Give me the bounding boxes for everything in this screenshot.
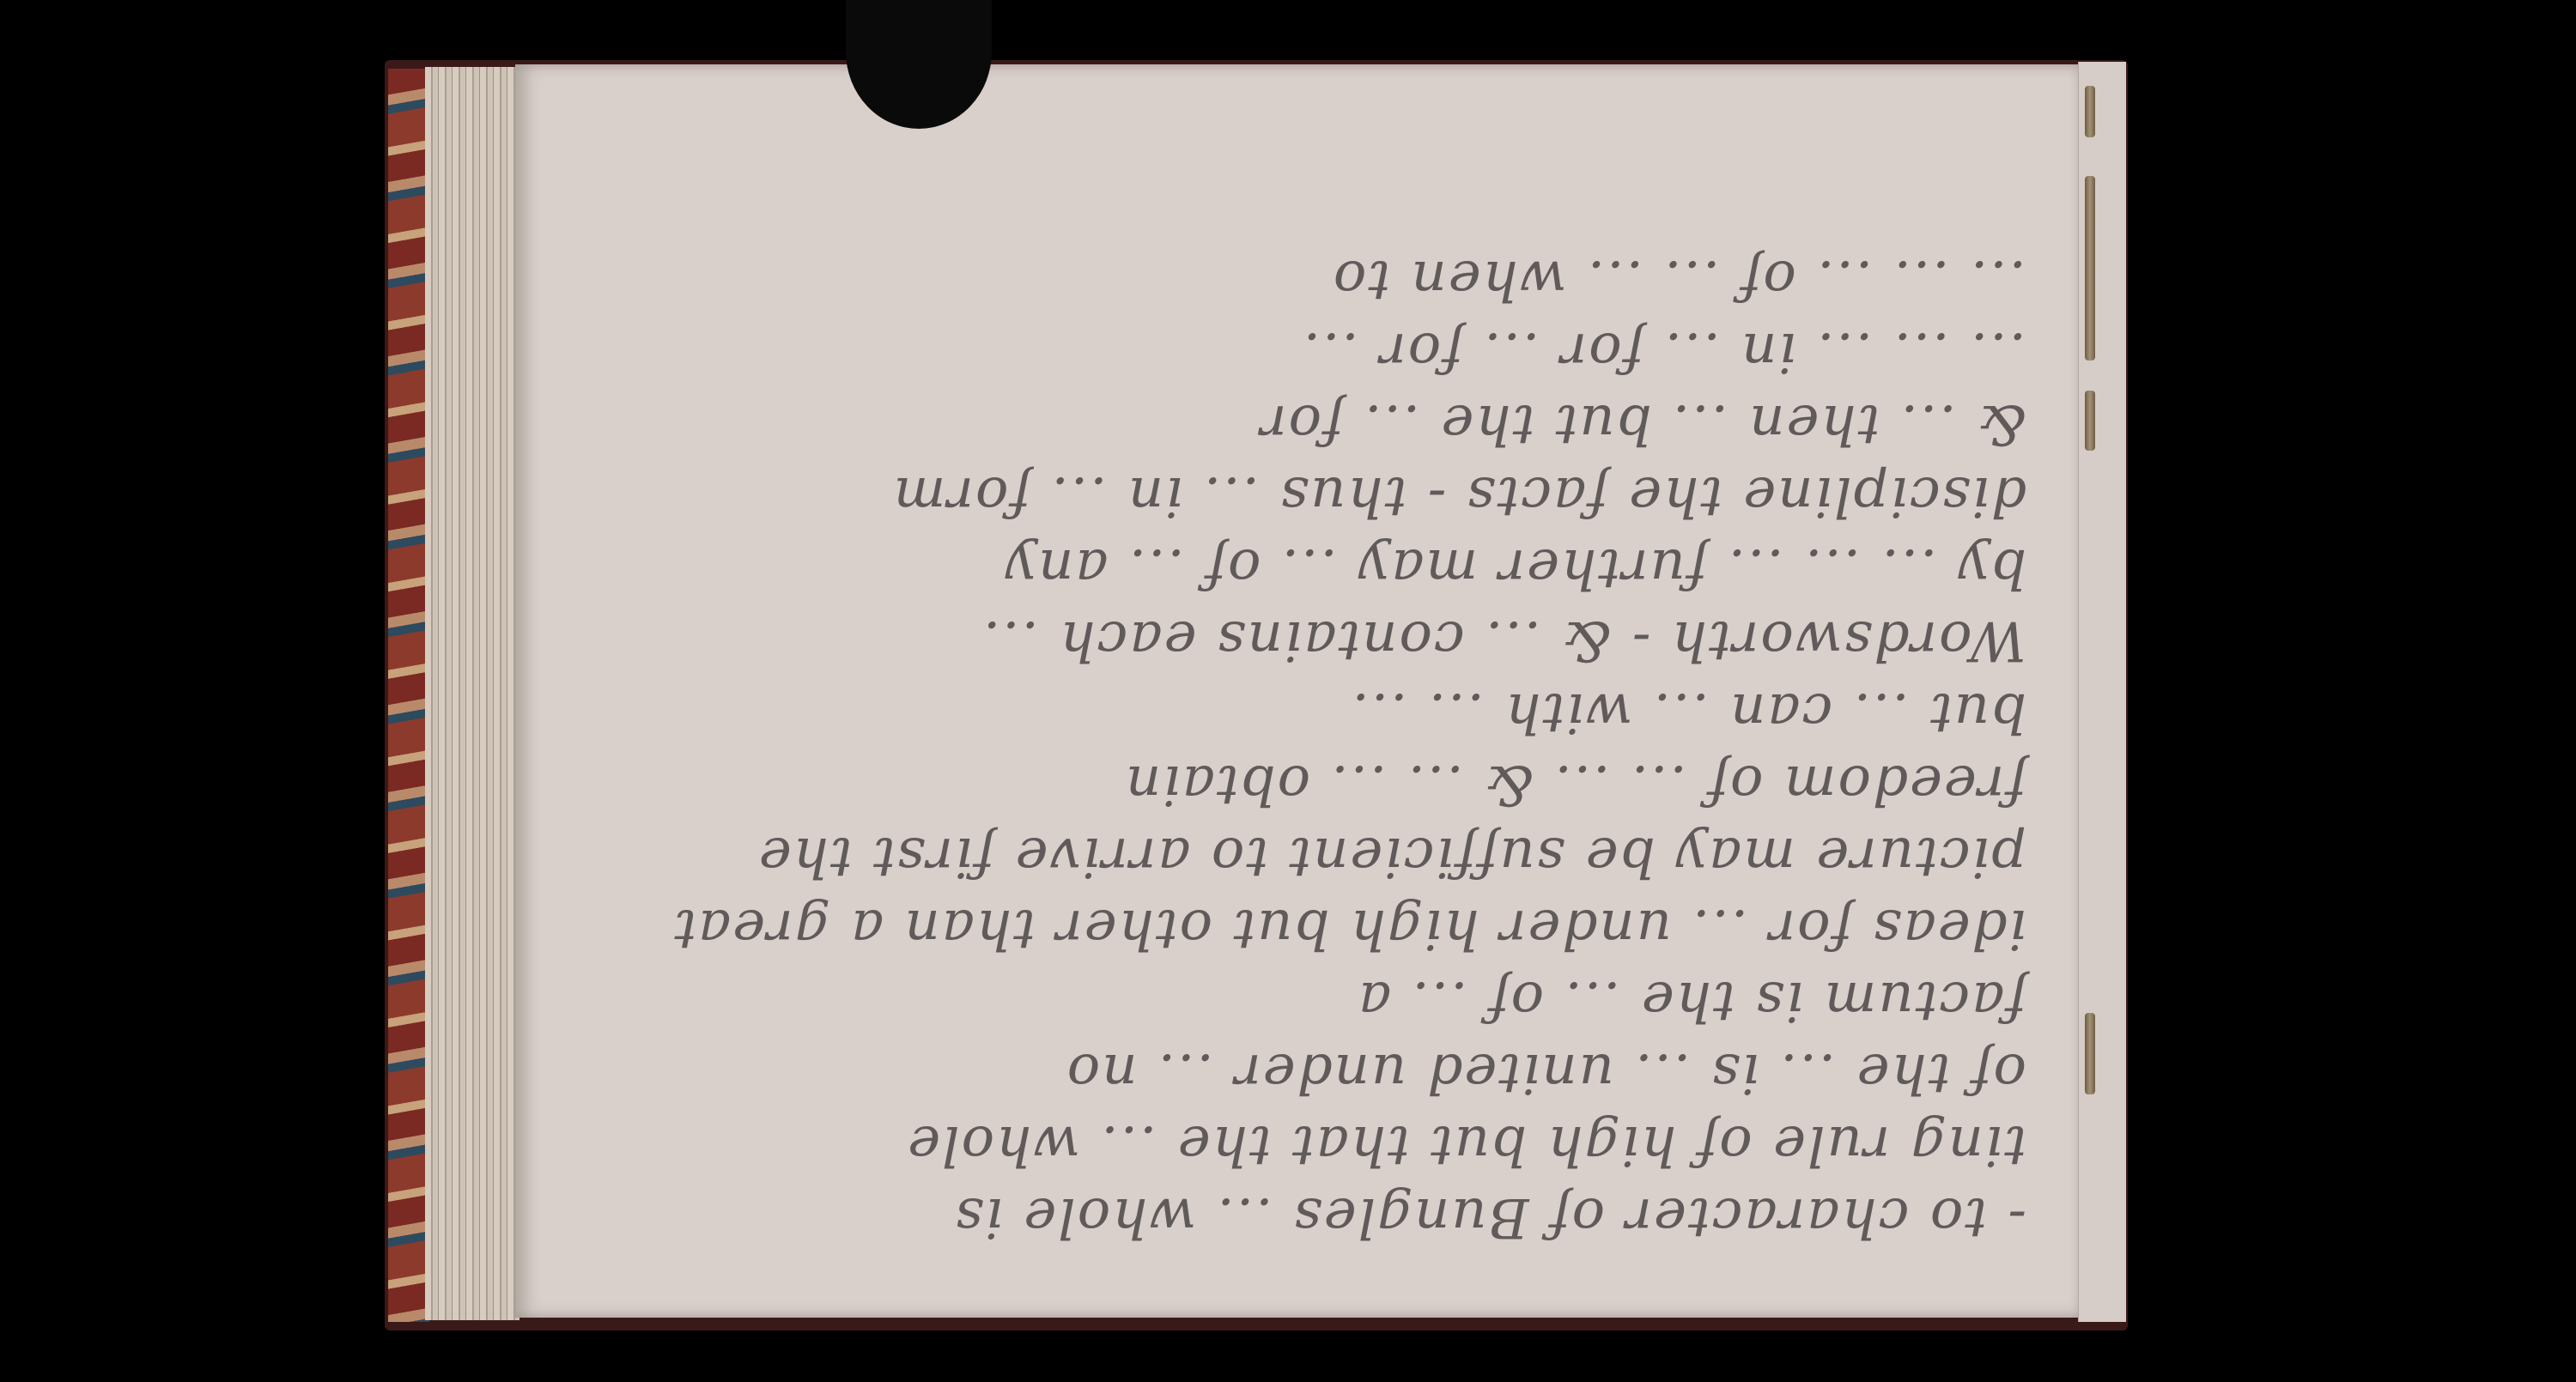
text-line: & ... then ... but the ... for xyxy=(567,388,2026,460)
text-line: discipline the facts - thus ... in ... f… xyxy=(567,460,2026,532)
text-line: freedom of ... ... & ... ... obtain xyxy=(567,749,2026,821)
stitch-3 xyxy=(2085,391,2095,451)
text-line: ... ... ... of ... ... when to xyxy=(567,244,2026,316)
text-line: factum is the ... of ... a xyxy=(567,965,2026,1037)
text-line: but ... can ... with ... ... xyxy=(567,676,2026,749)
text-line: ... ... ... in ... for ... for ... xyxy=(567,316,2026,388)
stitch-2 xyxy=(2085,176,2095,361)
text-line: ideas for ... under high but other than … xyxy=(567,893,2026,965)
page-stack-left xyxy=(425,67,519,1320)
text-line: Wordsworth - & ... contains each ... xyxy=(567,604,2026,676)
text-line: by ... ... ... further may ... of ... an… xyxy=(567,532,2026,604)
text-line: picture may be sufficient to arrive firs… xyxy=(567,821,2026,893)
text-line: - to character of Bungles ... whole is xyxy=(567,1181,2026,1253)
text-line: ting rule of high but that the ... whole xyxy=(567,1109,2026,1181)
marbled-cover-edge xyxy=(388,69,429,1322)
handwritten-text: - to character of Bungles ... whole is t… xyxy=(567,172,2026,1253)
stitch-1 xyxy=(2085,86,2095,137)
text-line: of the ... is ... united under ... no xyxy=(567,1037,2026,1109)
stitch-4 xyxy=(2085,1013,2095,1094)
